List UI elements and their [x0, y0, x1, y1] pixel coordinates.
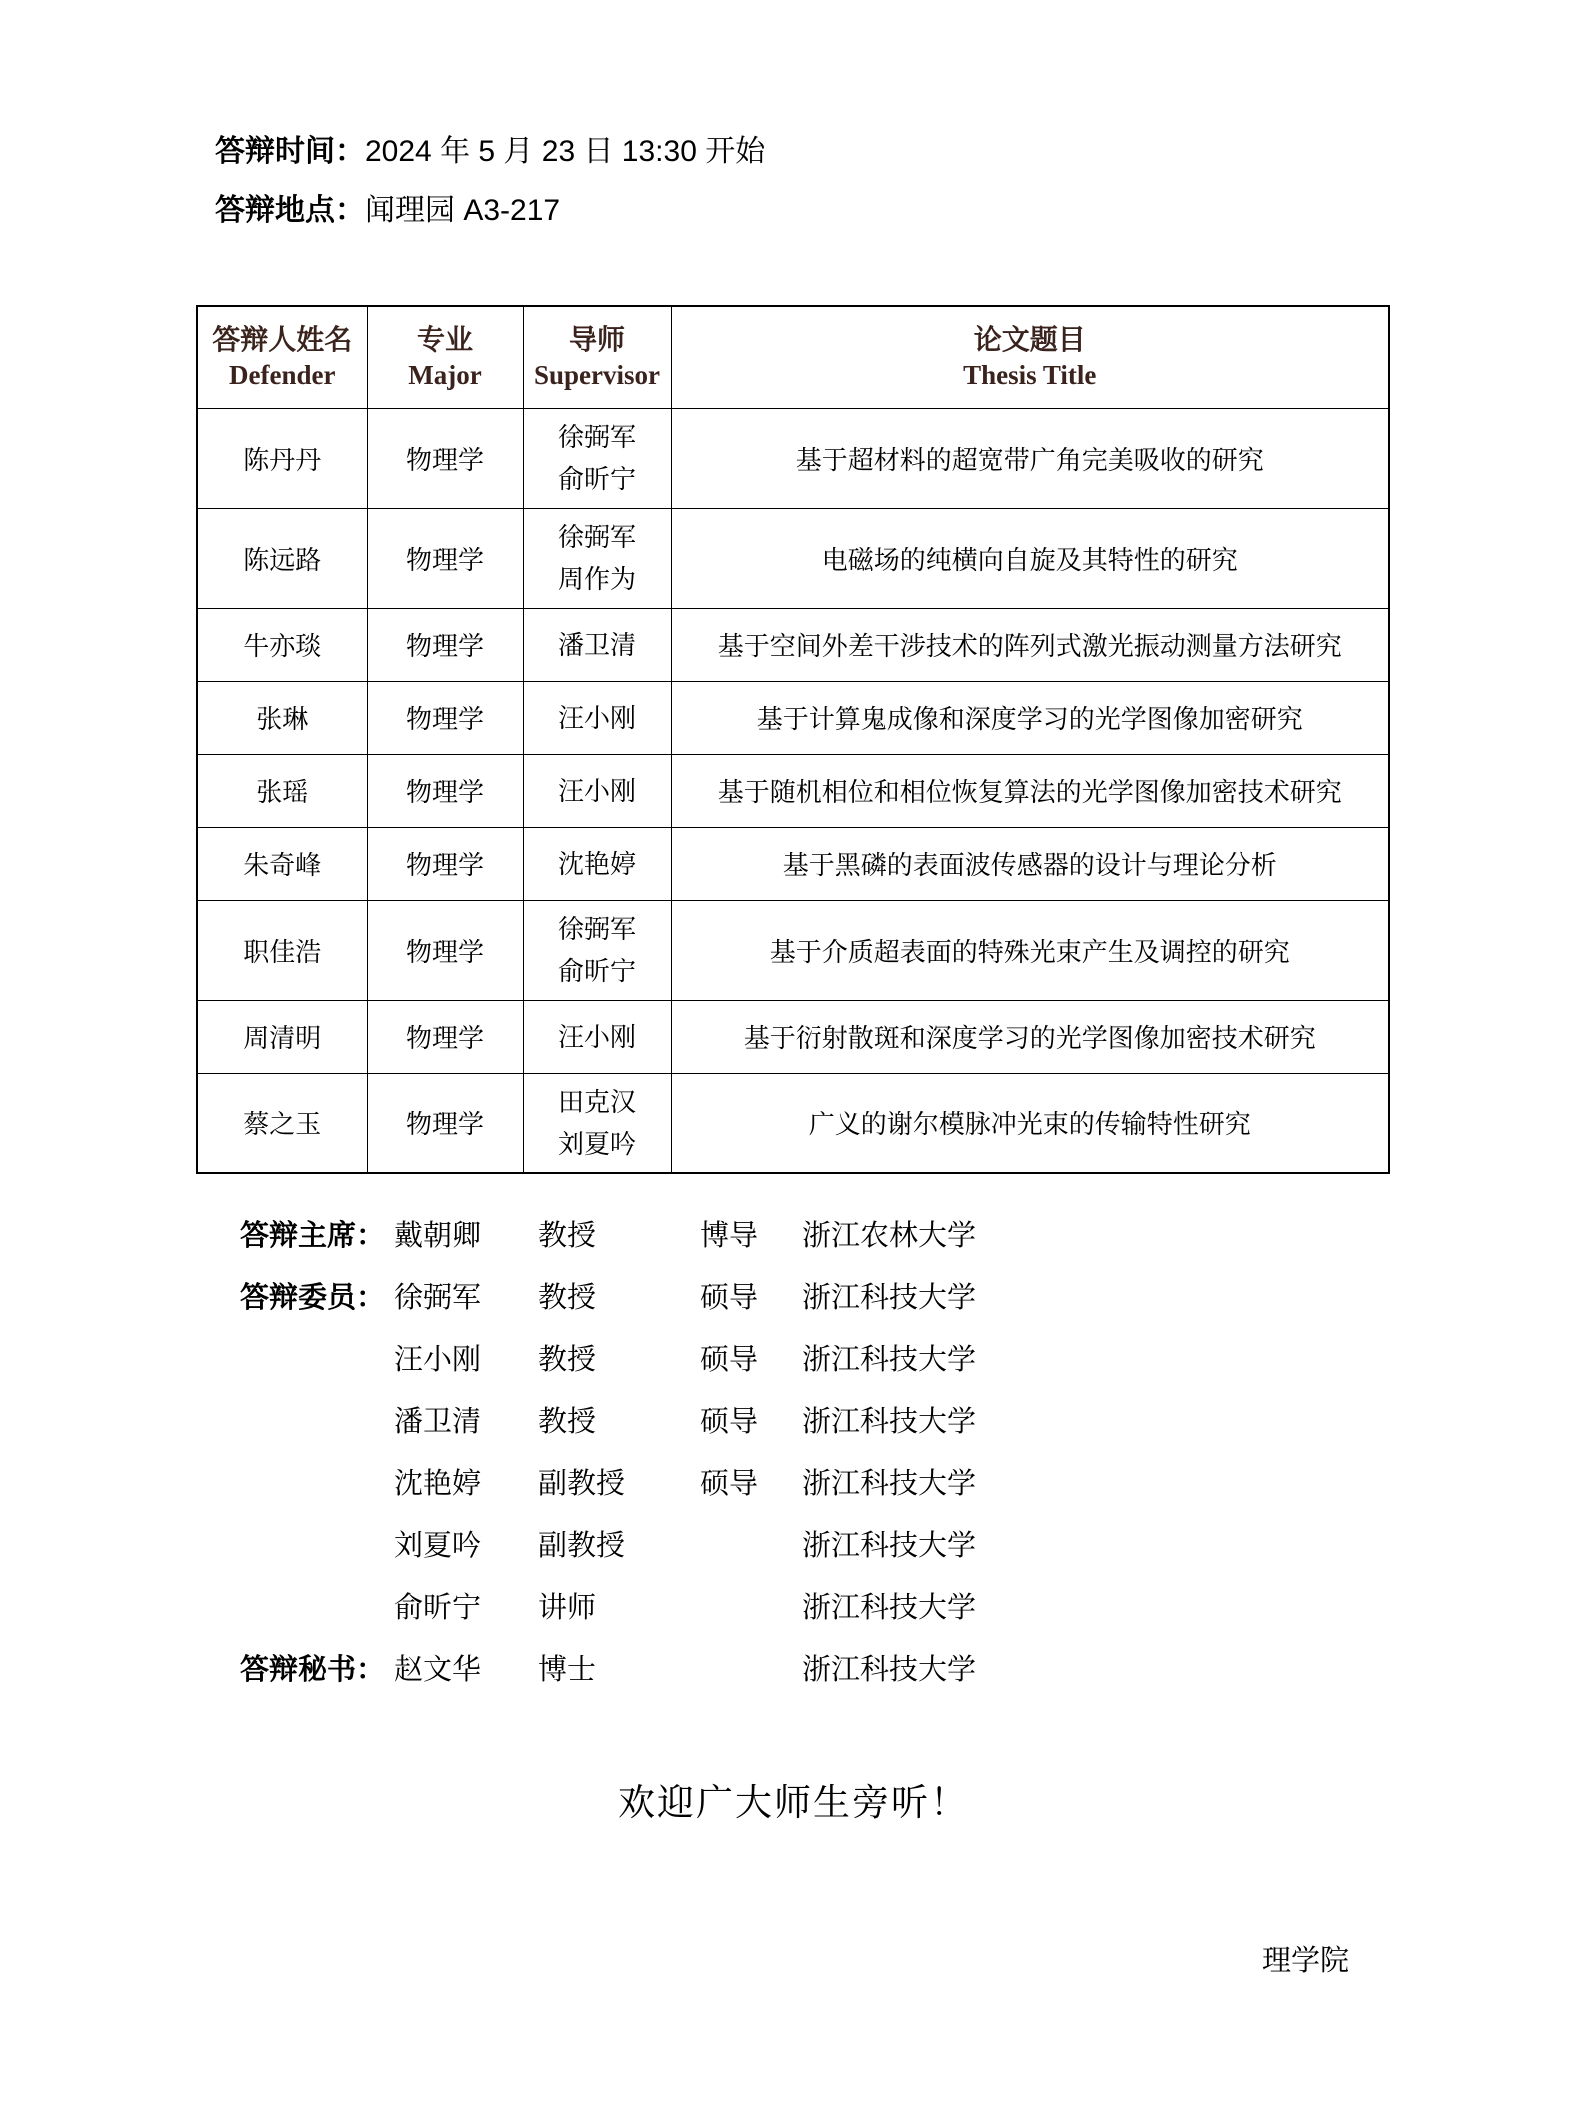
supervisor-name: 周作为: [530, 558, 665, 600]
defender-name: 张瑶: [197, 754, 367, 827]
committee-mentor-type: 硕导: [700, 1450, 802, 1512]
supervisor-name: 徐弼军: [530, 416, 665, 458]
defender-supervisors: 徐弼军 周作为: [523, 508, 671, 608]
committee-role: 答辩主席：: [240, 1202, 394, 1264]
defender-major: 物理学: [367, 827, 523, 900]
defense-place-line: 答辩地点：闻理园 A3-217: [215, 195, 765, 227]
committee-title: 讲师: [538, 1574, 700, 1636]
committee-title: 副教授: [538, 1450, 700, 1512]
committee-title: 博士: [538, 1636, 700, 1698]
committee-university: 浙江科技大学: [802, 1264, 976, 1326]
committee-title: 教授: [538, 1388, 700, 1450]
committee-role: [240, 1512, 394, 1574]
table-row: 张琳 物理学 汪小刚 基于计算鬼成像和深度学习的光学图像加密研究: [197, 681, 1389, 754]
committee-title: 教授: [538, 1264, 700, 1326]
committee-university: 浙江农林大学: [802, 1202, 976, 1264]
col-header-supervisor-zh: 导师: [530, 322, 665, 358]
col-header-supervisor: 导师 Supervisor: [523, 306, 671, 408]
committee-name: 徐弼军: [394, 1264, 538, 1326]
defender-name: 朱奇峰: [197, 827, 367, 900]
committee-title: 教授: [538, 1326, 700, 1388]
defender-name: 职佳浩: [197, 900, 367, 1000]
thesis-title: 基于计算鬼成像和深度学习的光学图像加密研究: [671, 681, 1389, 754]
defender-name: 蔡之玉: [197, 1073, 367, 1173]
defender-supervisors: 汪小刚: [523, 754, 671, 827]
col-header-thesis-en: Thesis Title: [678, 358, 1383, 392]
thesis-title: 广义的谢尔模脉冲光束的传输特性研究: [671, 1073, 1389, 1173]
supervisor-name: 沈艳婷: [530, 843, 665, 885]
table-row: 蔡之玉 物理学 田克汉 刘夏吟 广义的谢尔模脉冲光束的传输特性研究: [197, 1073, 1389, 1173]
defense-time-line: 答辩时间：2024 年 5 月 23 日 13:30 开始: [215, 136, 765, 168]
supervisor-name: 田克汉: [530, 1081, 665, 1123]
defense-time-label: 答辩时间：: [215, 135, 365, 168]
committee-university: 浙江科技大学: [802, 1574, 976, 1636]
welcome-message: 欢迎广大师生旁听！: [0, 1772, 1587, 1826]
col-header-defender-en: Defender: [204, 358, 361, 392]
college-signature: 理学院: [1262, 1938, 1349, 1979]
thesis-title: 基于黑磷的表面波传感器的设计与理论分析: [671, 827, 1389, 900]
col-header-thesis-zh: 论文题目: [678, 322, 1383, 358]
committee-role: [240, 1326, 394, 1388]
table-header-row: 答辩人姓名 Defender 专业 Major 导师 Supervisor 论文…: [197, 306, 1389, 408]
supervisor-name: 潘卫清: [530, 624, 665, 666]
defender-supervisors: 沈艳婷: [523, 827, 671, 900]
committee-university: 浙江科技大学: [802, 1388, 976, 1450]
defense-place-label: 答辩地点：: [215, 194, 365, 227]
col-header-major-zh: 专业: [374, 322, 517, 358]
defender-major: 物理学: [367, 508, 523, 608]
supervisor-name: 俞昕宁: [530, 950, 665, 992]
table-row: 牛亦琰 物理学 潘卫清 基于空间外差干涉技术的阵列式激光振动测量方法研究: [197, 608, 1389, 681]
committee-name: 汪小刚: [394, 1326, 538, 1388]
committee-title: 副教授: [538, 1512, 700, 1574]
committee-name: 潘卫清: [394, 1388, 538, 1450]
col-header-major-en: Major: [374, 358, 517, 392]
table-row: 周清明 物理学 汪小刚 基于衍射散斑和深度学习的光学图像加密技术研究: [197, 1000, 1389, 1073]
defender-supervisors: 田克汉 刘夏吟: [523, 1073, 671, 1173]
defender-name: 周清明: [197, 1000, 367, 1073]
supervisor-name: 徐弼军: [530, 516, 665, 558]
committee-mentor-type: 硕导: [700, 1264, 802, 1326]
supervisor-name: 俞昕宁: [530, 458, 665, 500]
supervisor-name: 汪小刚: [530, 697, 665, 739]
committee-mentor-type: [700, 1512, 802, 1574]
thesis-title: 基于空间外差干涉技术的阵列式激光振动测量方法研究: [671, 608, 1389, 681]
defense-schedule-table: 答辩人姓名 Defender 专业 Major 导师 Supervisor 论文…: [196, 305, 1390, 1174]
defender-name: 牛亦琰: [197, 608, 367, 681]
committee-name: 俞昕宁: [394, 1574, 538, 1636]
committee-list: 答辩主席： 戴朝卿 教授 博导 浙江农林大学 答辩委员： 徐弼军 教授 硕导 浙…: [240, 1202, 976, 1698]
defender-major: 物理学: [367, 1000, 523, 1073]
defender-major: 物理学: [367, 408, 523, 508]
defender-supervisors: 汪小刚: [523, 1000, 671, 1073]
thesis-title: 基于随机相位和相位恢复算法的光学图像加密技术研究: [671, 754, 1389, 827]
committee-name: 刘夏吟: [394, 1512, 538, 1574]
col-header-supervisor-en: Supervisor: [530, 358, 665, 392]
committee-role: [240, 1450, 394, 1512]
defender-name: 张琳: [197, 681, 367, 754]
thesis-title: 电磁场的纯横向自旋及其特性的研究: [671, 508, 1389, 608]
committee-name: 赵文华: [394, 1636, 538, 1698]
defender-name: 陈远路: [197, 508, 367, 608]
committee-university: 浙江科技大学: [802, 1326, 976, 1388]
thesis-title: 基于介质超表面的特殊光束产生及调控的研究: [671, 900, 1389, 1000]
committee-mentor-type: 硕导: [700, 1388, 802, 1450]
col-header-defender: 答辩人姓名 Defender: [197, 306, 367, 408]
table-row: 朱奇峰 物理学 沈艳婷 基于黑磷的表面波传感器的设计与理论分析: [197, 827, 1389, 900]
defender-major: 物理学: [367, 900, 523, 1000]
supervisor-name: 汪小刚: [530, 770, 665, 812]
thesis-title: 基于衍射散斑和深度学习的光学图像加密技术研究: [671, 1000, 1389, 1073]
defender-major: 物理学: [367, 608, 523, 681]
col-header-defender-zh: 答辩人姓名: [204, 322, 361, 358]
defender-name: 陈丹丹: [197, 408, 367, 508]
supervisor-name: 刘夏吟: [530, 1123, 665, 1165]
committee-role: [240, 1574, 394, 1636]
supervisor-name: 徐弼军: [530, 908, 665, 950]
table-row: 陈丹丹 物理学 徐弼军 俞昕宁 基于超材料的超宽带广角完美吸收的研究: [197, 408, 1389, 508]
defender-supervisors: 潘卫清: [523, 608, 671, 681]
col-header-major: 专业 Major: [367, 306, 523, 408]
committee-mentor-type: [700, 1574, 802, 1636]
table-row: 职佳浩 物理学 徐弼军 俞昕宁 基于介质超表面的特殊光束产生及调控的研究: [197, 900, 1389, 1000]
committee-name: 戴朝卿: [394, 1202, 538, 1264]
thesis-title: 基于超材料的超宽带广角完美吸收的研究: [671, 408, 1389, 508]
committee-role: 答辩委员：: [240, 1264, 394, 1326]
committee-title: 教授: [538, 1202, 700, 1264]
committee-university: 浙江科技大学: [802, 1512, 976, 1574]
defender-major: 物理学: [367, 754, 523, 827]
defense-place-value: 闻理园 A3-217: [365, 194, 560, 227]
committee-university: 浙江科技大学: [802, 1450, 976, 1512]
committee-university: 浙江科技大学: [802, 1636, 976, 1698]
committee-role: 答辩秘书：: [240, 1636, 394, 1698]
defense-info: 答辩时间：2024 年 5 月 23 日 13:30 开始 答辩地点：闻理园 A…: [215, 136, 765, 254]
defender-major: 物理学: [367, 681, 523, 754]
defender-supervisors: 徐弼军 俞昕宁: [523, 900, 671, 1000]
defender-major: 物理学: [367, 1073, 523, 1173]
defender-supervisors: 徐弼军 俞昕宁: [523, 408, 671, 508]
table-row: 张瑶 物理学 汪小刚 基于随机相位和相位恢复算法的光学图像加密技术研究: [197, 754, 1389, 827]
committee-mentor-type: 硕导: [700, 1326, 802, 1388]
committee-name: 沈艳婷: [394, 1450, 538, 1512]
col-header-thesis: 论文题目 Thesis Title: [671, 306, 1389, 408]
defender-supervisors: 汪小刚: [523, 681, 671, 754]
defense-time-value: 2024 年 5 月 23 日 13:30 开始: [365, 135, 765, 168]
defense-announcement-page: 答辩时间：2024 年 5 月 23 日 13:30 开始 答辩地点：闻理园 A…: [0, 0, 1587, 2107]
committee-mentor-type: 博导: [700, 1202, 802, 1264]
committee-role: [240, 1388, 394, 1450]
committee-mentor-type: [700, 1636, 802, 1698]
table-row: 陈远路 物理学 徐弼军 周作为 电磁场的纯横向自旋及其特性的研究: [197, 508, 1389, 608]
supervisor-name: 汪小刚: [530, 1016, 665, 1058]
